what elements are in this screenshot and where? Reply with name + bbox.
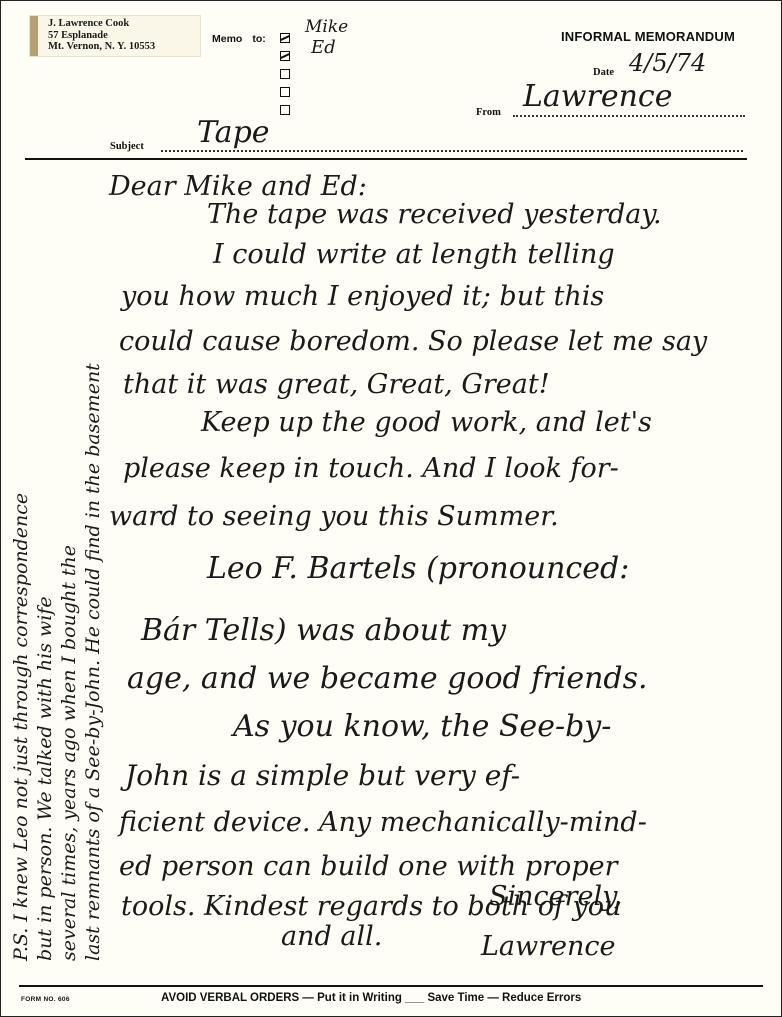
postscript-line-2: but in person. We talked with his wife <box>33 363 57 961</box>
memo-page: J. Lawrence Cook 57 Esplanade Mt. Vernon… <box>0 0 782 1017</box>
recipient-checkbox-2[interactable] <box>280 51 290 61</box>
postscript-margin-note: P.S. I knew Leo not just through corresp… <box>9 363 105 961</box>
footer-slogan: AVOID VERBAL ORDERS — Put it in Writing … <box>161 992 581 1004</box>
letter-line-6: Keep up the good work, and let's <box>201 407 652 438</box>
from-label: From <box>476 107 501 118</box>
header-divider <box>25 158 747 160</box>
letter-line-1: The tape was received yesterday. <box>207 199 662 230</box>
letter-line-9: Leo F. Bartels (pronounced: <box>207 551 629 586</box>
letter-line-14: ficient device. Any mechanically-mind- <box>119 807 647 838</box>
recipient-1-name: Mike <box>305 17 348 37</box>
closing: Sincerely, <box>489 881 622 912</box>
letter-line-11: age, and we became good friends. <box>127 661 648 696</box>
letter-line-17: and all. <box>281 921 382 952</box>
recipient-checkbox-1[interactable] <box>280 33 290 43</box>
to-word: to: <box>252 33 265 45</box>
letter-line-12: As you know, the See-by- <box>233 709 611 744</box>
date-value: 4/5/74 <box>629 49 706 77</box>
recipient-checkbox-5[interactable] <box>280 105 290 115</box>
memo-word: Memo <box>212 33 242 45</box>
letter-line-15: ed person can build one with proper <box>119 851 618 882</box>
postscript-line-4: last remnants of a See-by-John. He could… <box>81 363 105 961</box>
letter-line-3: you how much I enjoyed it; but this <box>121 281 604 312</box>
subject-label: Subject <box>110 141 144 152</box>
form-number: FORM NO. 606 <box>21 996 70 1003</box>
address-label: J. Lawrence Cook 57 Esplanade Mt. Vernon… <box>29 15 201 57</box>
recipient-checkbox-3[interactable] <box>280 69 290 79</box>
form-title: INFORMAL MEMORANDUM <box>561 29 735 44</box>
letter-line-5: that it was great, Great, Great! <box>123 369 550 400</box>
recipient-checkbox-4[interactable] <box>280 87 290 97</box>
letter-line-2: I could write at length telling <box>213 239 615 270</box>
label-accent-bar <box>30 16 38 56</box>
salutation: Dear Mike and Ed: <box>109 171 367 202</box>
memo-to-label: Memoto: <box>212 33 276 45</box>
letter-line-7: please keep in touch. And I look for- <box>123 453 619 484</box>
letter-line-13: John is a simple but very ef- <box>125 759 520 792</box>
footer-divider <box>19 985 763 987</box>
date-label: Date <box>593 67 614 78</box>
recipient-2-name: Ed <box>311 37 336 58</box>
subject-value: Tape <box>197 115 270 150</box>
postscript-line-3: several times, years ago when I bought t… <box>57 363 81 961</box>
sender-street: 57 Esplanade <box>48 30 155 42</box>
signature: Lawrence <box>481 931 616 962</box>
letter-line-4: could cause boredom. So please let me sa… <box>119 326 707 357</box>
sender-city: Mt. Vernon, N. Y. 10553 <box>48 41 155 53</box>
address-lines: J. Lawrence Cook 57 Esplanade Mt. Vernon… <box>48 18 155 53</box>
postscript-line-1: P.S. I knew Leo not just through corresp… <box>9 363 33 961</box>
letter-line-8: ward to seeing you this Summer. <box>109 501 559 532</box>
from-value: Lawrence <box>523 79 672 114</box>
sender-name: J. Lawrence Cook <box>48 18 155 30</box>
letter-line-10: Bár Tells) was about my <box>141 613 506 648</box>
